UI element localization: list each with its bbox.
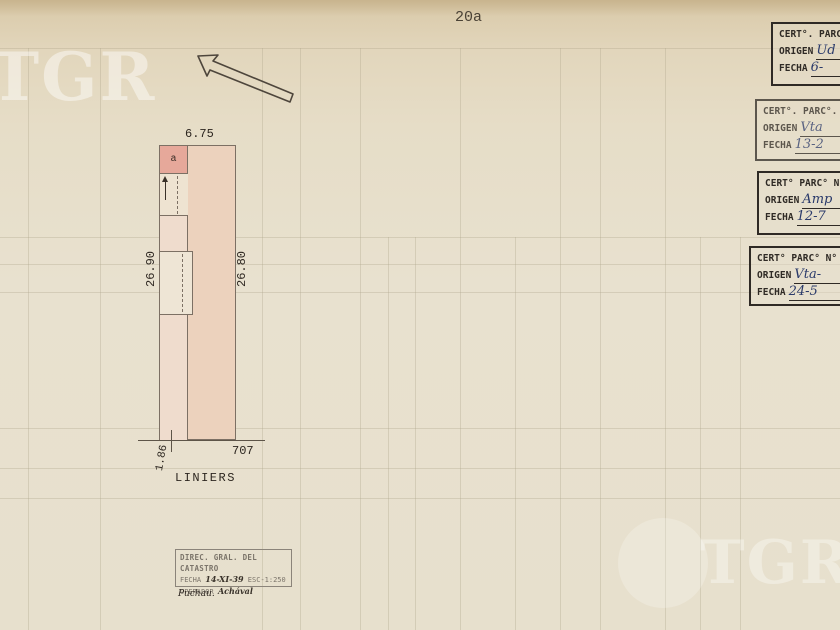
dashed-line bbox=[182, 254, 183, 312]
origen-label: ORIGEN bbox=[779, 44, 813, 60]
origen-label: ORIGEN bbox=[757, 268, 791, 284]
cert-label: CERT°. PARC° bbox=[779, 27, 840, 43]
cert-label: CERT° PARC° N° bbox=[765, 176, 840, 192]
street-name: LINIERS bbox=[175, 471, 236, 485]
origen-value: Vta- bbox=[794, 267, 840, 284]
catastro-fecha-label: FECHA bbox=[180, 576, 201, 584]
fecha-value: 6- bbox=[811, 60, 840, 77]
plot-cell: a bbox=[160, 146, 188, 174]
catastro-fecha-value: 14-XI-39 bbox=[205, 574, 243, 584]
left-depth-dimension: 26.90 bbox=[144, 251, 158, 287]
cert-stamp-2: CERT°. PARC°. N° ORIGENVta FECHA13-2 bbox=[755, 99, 840, 161]
fecha-label: FECHA bbox=[779, 61, 808, 77]
origen-value: Vta bbox=[800, 120, 840, 137]
catastro-stamp: DIREC. GRAL. DEL CATASTRO FECHA 14-XI-39… bbox=[175, 549, 292, 587]
dashed-line bbox=[177, 176, 178, 214]
right-depth-dimension: 26.80 bbox=[235, 251, 249, 287]
building-bay-middle bbox=[160, 251, 193, 315]
page-number: 20a bbox=[455, 9, 482, 26]
watermark-logo-icon bbox=[618, 518, 708, 608]
catastro-title: DIREC. GRAL. DEL CATASTRO bbox=[180, 552, 287, 574]
origen-label: ORIGEN bbox=[765, 193, 799, 209]
cadastral-sheet: TGR TGR 20a a 6.75 26.90 26.80 1.86 707 … bbox=[0, 0, 840, 630]
plot-outline: a bbox=[159, 145, 236, 440]
fecha-value: 13-2 bbox=[795, 137, 840, 154]
fecha-label: FECHA bbox=[757, 285, 786, 301]
cert-label: CERT°. PARC°. N° bbox=[763, 104, 840, 120]
street-number: 707 bbox=[232, 444, 254, 458]
cert-stamp-4: CERT° PARC° N° ORIGENVta- FECHA24-5 bbox=[749, 246, 840, 306]
street-frontage-line bbox=[138, 440, 265, 441]
front-width-dimension: 6.75 bbox=[185, 127, 214, 141]
fecha-value: 12-7 bbox=[797, 209, 840, 226]
watermark-bottom: TGR bbox=[700, 528, 840, 598]
cert-stamp-1: CERT°. PARC° ORIGENUd FECHA6- bbox=[771, 22, 840, 86]
fecha-value: 24-5 bbox=[789, 284, 840, 301]
corner-distance: 1.86 bbox=[154, 444, 170, 472]
origen-label: ORIGEN bbox=[763, 121, 797, 137]
origen-value: Amp bbox=[802, 192, 840, 209]
corner-tick bbox=[171, 430, 172, 452]
fecha-label: FECHA bbox=[763, 138, 792, 154]
origen-value: Ud bbox=[816, 43, 840, 60]
watermark-top: TGR bbox=[0, 38, 156, 116]
cert-label: CERT° PARC° N° bbox=[757, 251, 837, 267]
cert-stamp-3: CERT° PARC° N° ORIGENAmp FECHA12-7 bbox=[757, 171, 840, 235]
catastro-operador-value: Achával bbox=[218, 586, 253, 596]
paper-edge bbox=[0, 0, 840, 16]
fecha-label: FECHA bbox=[765, 210, 794, 226]
north-arrow-icon bbox=[196, 52, 296, 104]
entry-arrow-icon bbox=[165, 180, 166, 200]
signature: Puchau. bbox=[178, 589, 215, 599]
catastro-scale: ESC-1:250 bbox=[248, 576, 286, 584]
